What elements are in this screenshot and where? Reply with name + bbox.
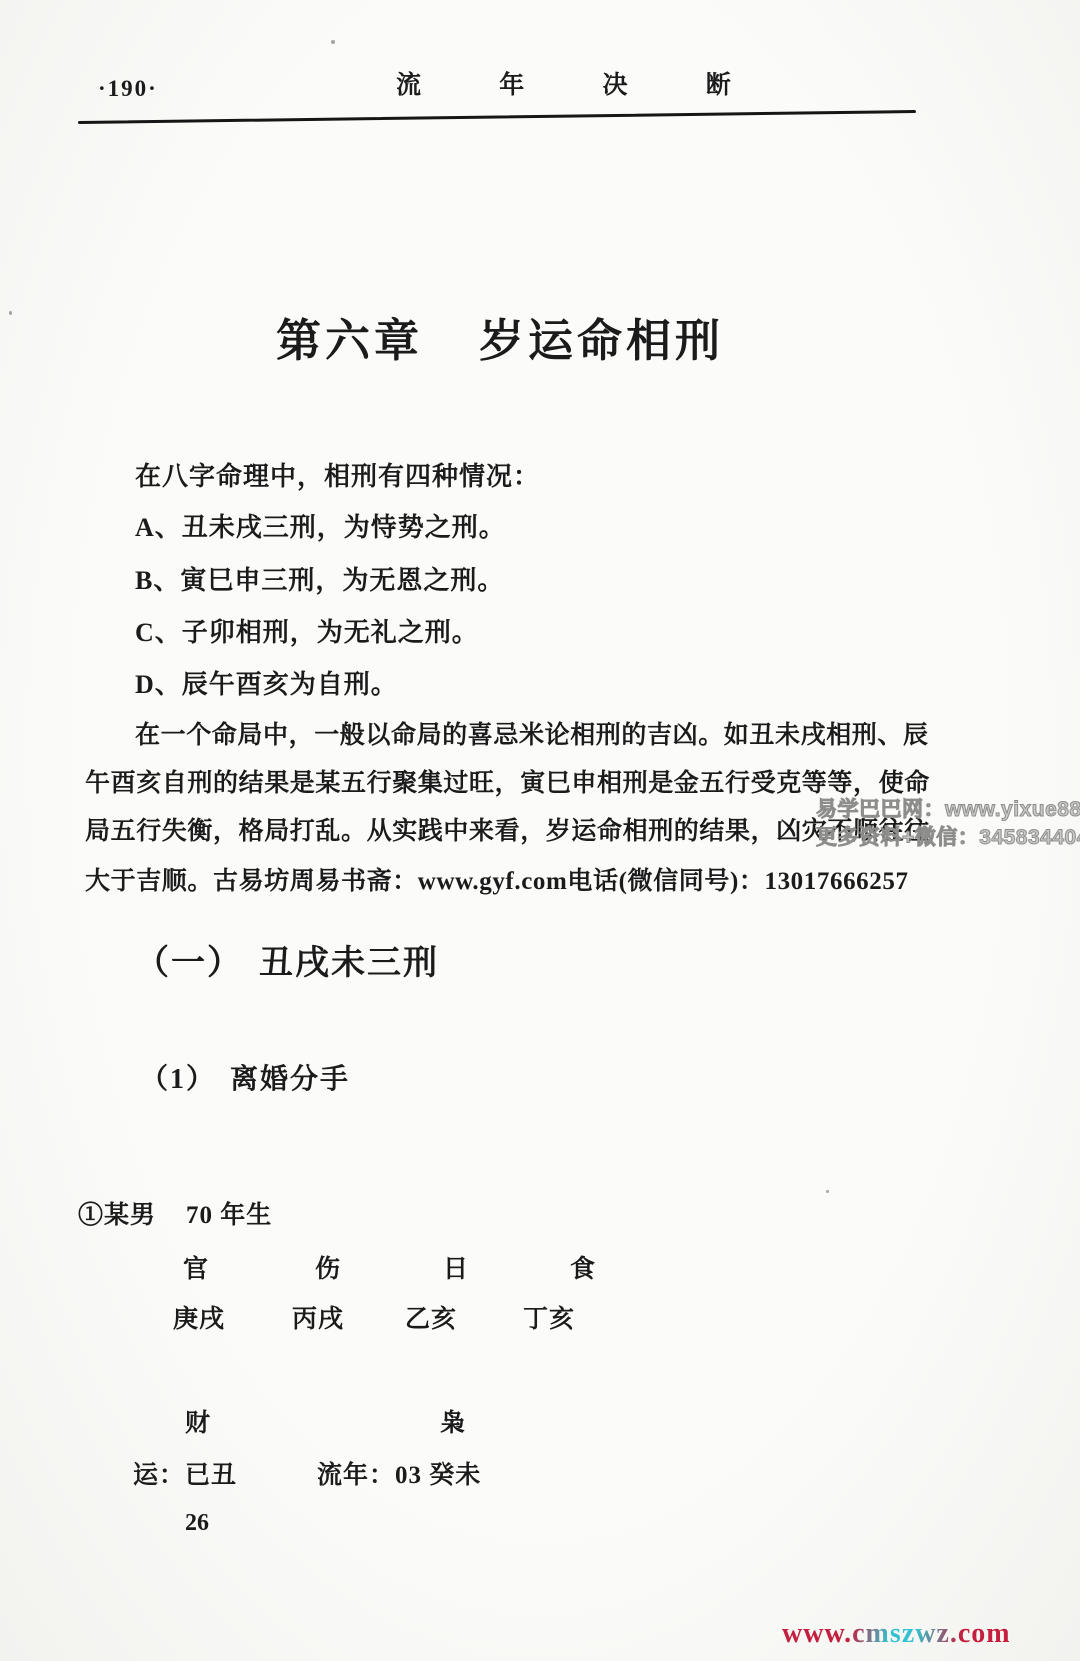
chapter-title: 第六章岁运命相刑 bbox=[276, 316, 724, 368]
list-item-d: D、辰午酉亥为自刑。 bbox=[135, 670, 398, 700]
sub-heading-title: 离婚分手 bbox=[230, 1064, 350, 1095]
list-item-c: C、子卯相刑，为无礼之刑。 bbox=[135, 618, 479, 648]
case-marker: ①某男 bbox=[78, 1202, 156, 1229]
tengod-label-month: 伤 bbox=[315, 1256, 341, 1285]
pillar-year: 庚戌 bbox=[173, 1306, 225, 1335]
luck-pillar-line: 运：已丑 bbox=[133, 1462, 237, 1491]
side-watermark-line2: 更多资料+微信：3458344044 bbox=[816, 826, 1080, 850]
case-birth-year: 70 年生 bbox=[186, 1202, 272, 1229]
section-heading: （一）丑戌未三刑 bbox=[135, 944, 439, 983]
scanned-book-page: ·190· 流 年 决 断 第六章岁运命相刑 在八字命理中，相刑有四种情况： A… bbox=[0, 0, 1080, 1661]
running-head-book-title: 流 年 决 断 bbox=[396, 72, 767, 101]
chapter-label: 第六章 bbox=[276, 316, 423, 366]
luck-start-age: 26 bbox=[185, 1510, 209, 1538]
fleeting-year-line: 流年：03 癸未 bbox=[317, 1462, 481, 1491]
paragraph-line-3: 局五行失衡，格局打乱。从实践中来看，岁运命相刑的结果，凶灾不顺往往 bbox=[85, 818, 930, 847]
sub-heading: （1）离婚分手 bbox=[140, 1064, 350, 1096]
page-number: ·190· bbox=[98, 76, 158, 102]
case-header: ①某男70 年生 bbox=[78, 1202, 272, 1231]
tengod-label-day: 日 bbox=[443, 1256, 469, 1285]
intro-line: 在八字命理中，相刑有四种情况： bbox=[135, 462, 540, 492]
section-heading-title: 丑戌未三刑 bbox=[259, 945, 439, 982]
paragraph-line-4: 大于吉顺。古易坊周易书斋：www.gyf.com电话(微信同号)：1301766… bbox=[85, 868, 909, 897]
bottom-watermark-url: www.cmszwz.com bbox=[782, 1618, 1011, 1650]
list-item-a: A、丑未戌三刑，为恃势之刑。 bbox=[135, 513, 506, 543]
paragraph-line-2: 午酉亥自刑的结果是某五行聚集过旺，寅巳申相刑是金五行受克等等，使命 bbox=[85, 770, 930, 799]
year-god: 枭 bbox=[440, 1410, 466, 1439]
paragraph-line-1: 在一个命局中，一般以命局的喜忌米论相刑的吉凶。如丑未戌相刑、辰 bbox=[135, 722, 929, 751]
luck-god: 财 bbox=[185, 1410, 211, 1439]
pillar-month: 丙戌 bbox=[292, 1306, 344, 1335]
tengod-label-year: 官 bbox=[183, 1256, 209, 1285]
pillar-day: 乙亥 bbox=[405, 1306, 457, 1335]
scan-speck bbox=[331, 40, 335, 44]
scan-speck bbox=[826, 1190, 829, 1193]
side-watermark-line1: 易学巴巴网：www.yixue88.cn bbox=[816, 798, 1080, 822]
sub-heading-number: （1） bbox=[140, 1064, 216, 1095]
tengod-label-hour: 食 bbox=[570, 1256, 596, 1285]
pillar-hour: 丁亥 bbox=[523, 1306, 575, 1335]
chapter-name: 岁运命相刑 bbox=[479, 316, 724, 366]
scan-speck bbox=[9, 311, 12, 315]
list-item-b: B、寅巳申三刑，为无恩之刑。 bbox=[135, 566, 504, 596]
header-rule bbox=[78, 110, 916, 124]
section-heading-number: （一） bbox=[135, 945, 243, 982]
